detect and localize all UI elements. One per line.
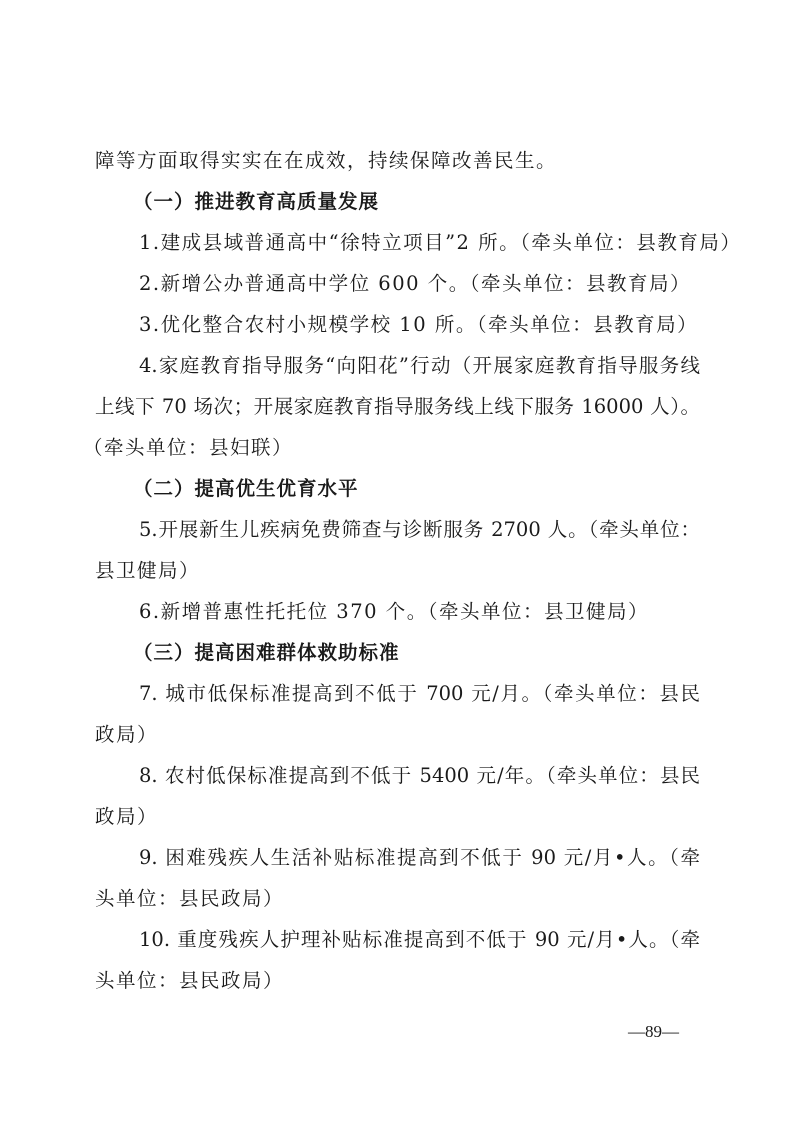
- list-item-8: 8. 农村低保标准提高到不低于 5400 元/年。（牵头单位：县民: [139, 763, 700, 789]
- section-heading-assistance: （三）提高困难群体救助标准: [133, 640, 400, 666]
- page-number: —89—: [628, 1022, 679, 1042]
- list-item-2: 2.新增公办普通高中学位 600 个。（牵头单位：县教育局）: [139, 271, 691, 297]
- list-item-5: 5.开展新生儿疾病免费筛查与诊断服务 2700 人。（牵头单位：: [139, 517, 700, 543]
- list-item-10-cont: 头单位：县民政局）: [95, 968, 284, 994]
- list-item-8-cont: 政局）: [95, 804, 158, 830]
- section-heading-education: （一）推进教育高质量发展: [133, 189, 379, 215]
- list-item-6: 6.新增普惠性托托位 370 个。（牵头单位：县卫健局）: [139, 599, 649, 625]
- list-item-7: 7. 城市低保标准提高到不低于 700 元/月。（牵头单位：县民: [139, 681, 700, 707]
- list-item-1: 1.建成县域普通高中“徐特立项目”2 所。（牵头单位：县教育局）: [139, 230, 741, 256]
- list-item-9: 9. 困难残疾人生活补贴标准提高到不低于 90 元/月•人。（牵: [139, 845, 700, 871]
- list-item-9-cont: 头单位：县民政局）: [95, 886, 284, 912]
- list-item-5-cont: 县卫健局）: [95, 558, 200, 584]
- list-item-4-lead-unit: （牵头单位：县妇联）: [83, 435, 293, 461]
- list-item-7-cont: 政局）: [95, 722, 158, 748]
- list-item-10: 10. 重度残疾人护理补贴标准提高到不低于 90 元/月•人。（牵: [139, 927, 700, 953]
- list-item-3: 3.优化整合农村小规模学校 10 所。（牵头单位：县教育局）: [139, 312, 698, 338]
- section-heading-birth: （二）提高优生优育水平: [133, 476, 359, 502]
- list-item-4-cont: 上线下 70 场次；开展家庭教育指导服务线上线下服务 16000 人）。: [95, 394, 700, 420]
- paragraph-continuation: 障等方面取得实实在在成效，持续保障改善民生。: [95, 148, 557, 174]
- list-item-4: 4.家庭教育指导服务“向阳花”行动（开展家庭教育指导服务线: [139, 353, 700, 379]
